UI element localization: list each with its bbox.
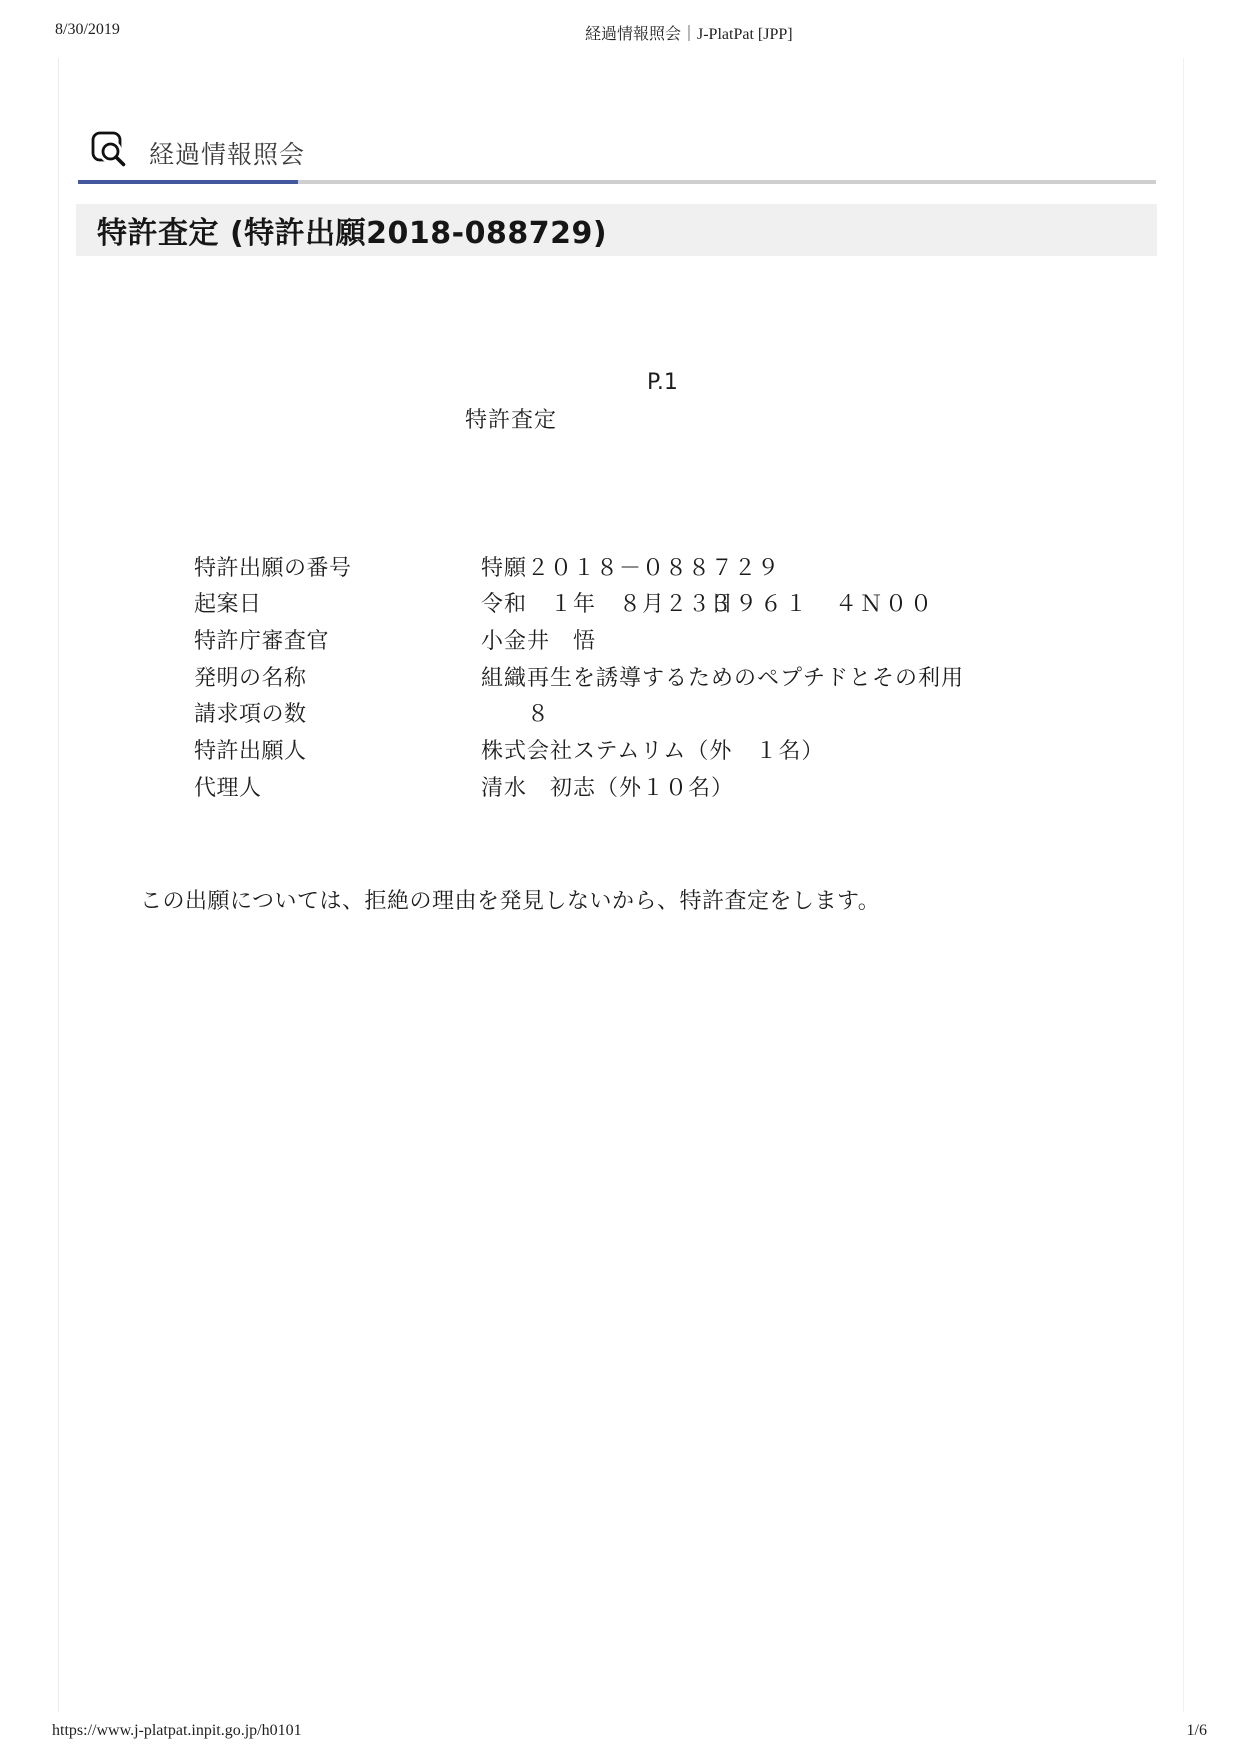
section-title: 経過情報照会 — [149, 135, 305, 171]
right-border-line — [1183, 58, 1184, 1712]
table-row: 特許出願人株式会社ステムリム（外 １名） — [138, 697, 1148, 734]
field-value: 清水 初志（外１０名） — [481, 776, 734, 801]
print-date: 8/30/2019 — [55, 21, 120, 39]
table-row: 起案日令和 １年 ８月２３日 — [138, 551, 1148, 588]
doc-title: 特許査定 — [465, 403, 557, 434]
left-border-line — [58, 58, 59, 1712]
examiner-code: ３９６１ ４Ｎ００ — [710, 587, 935, 624]
table-row: 特許出願の番号特願２０１８－０８８７２９ — [138, 514, 1148, 551]
header-divider-accent — [78, 180, 298, 184]
doc-field-table: 特許出願の番号特願２０１８－０８８７２９ 起案日令和 １年 ８月２３日 特許庁審… — [138, 514, 1148, 771]
print-source-url: https://www.j-platpat.inpit.go.jp/h0101 — [52, 1722, 302, 1740]
table-row: 特許庁審査官小金井 悟 ３９６１ ４Ｎ００ — [138, 587, 1148, 624]
field-label: 代理人 — [194, 771, 481, 808]
decision-banner-title: 特許査定 (特許出願2018-088729) — [97, 208, 607, 252]
progress-inquiry-search-icon — [90, 130, 128, 168]
table-row: 代理人清水 初志（外１０名） — [138, 734, 1148, 771]
header-divider — [78, 180, 1156, 184]
print-page-number: 1/6 — [1187, 1722, 1207, 1740]
decision-banner: 特許査定 (特許出願2018-088729) — [76, 204, 1157, 256]
printed-page: 8/30/2019 経過情報照会｜J-PlatPat [JPP] 経過情報照会 … — [0, 0, 1239, 1751]
table-row: 請求項の数 ８ — [138, 661, 1148, 698]
table-row: 発明の名称組織再生を誘導するためのペプチドとその利用 — [138, 624, 1148, 661]
print-page-title: 経過情報照会｜J-PlatPat [JPP] — [585, 21, 793, 44]
decision-statement: この出願については、拒絶の理由を発見しないから、特許査定をします。 — [140, 884, 880, 915]
doc-page-marker: P.1 — [647, 370, 678, 395]
